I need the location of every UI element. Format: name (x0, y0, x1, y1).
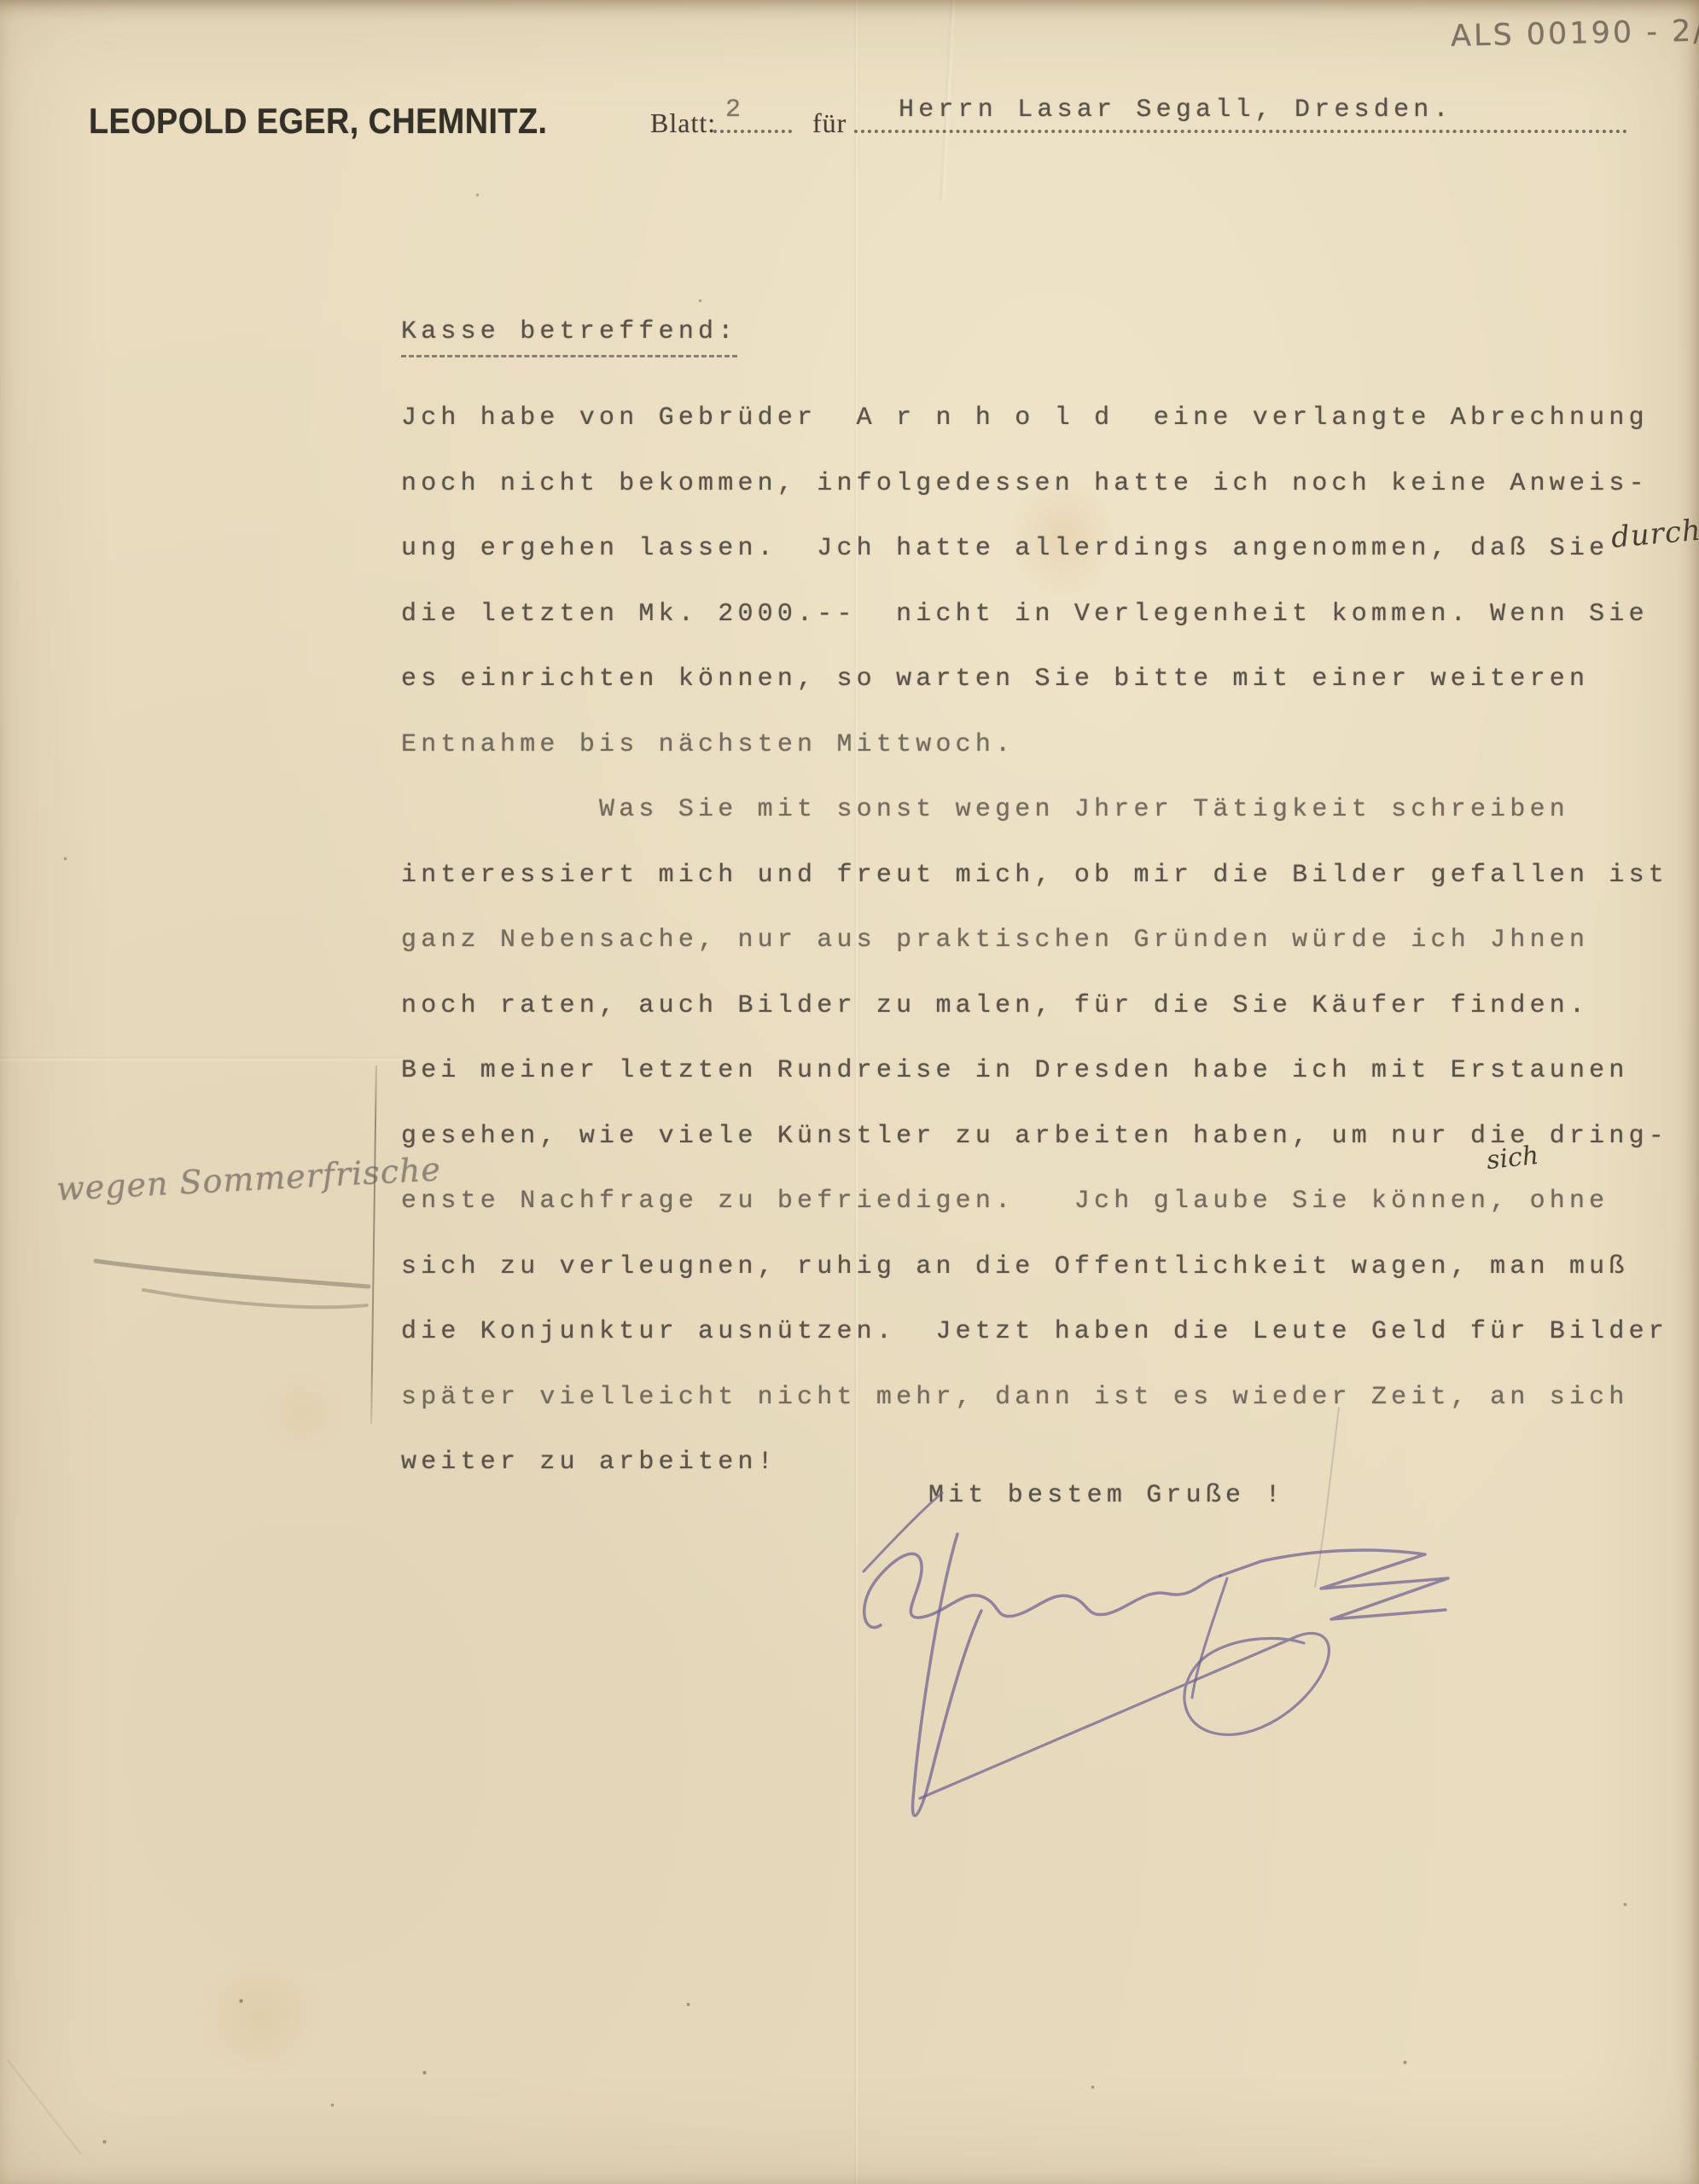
letter-page: ALS 00190 - 2/2 LEOPOLD EGER, CHEMNITZ. … (0, 0, 1699, 2184)
recipient-name: Herrn Lasar Segall, Dresden. (899, 96, 1453, 125)
letter-line: noch nicht bekommen, infolgedessen hatte… (401, 451, 1668, 517)
handwritten-insertion-sich: sich (1485, 1141, 1539, 1176)
letter-line: Jch habe von Gebrüder A r n h o l d eine… (401, 386, 1668, 451)
fold-crease-horizontal (0, 1056, 405, 1061)
letter-line: Entnahme bis nächsten Mittwoch. (401, 712, 1668, 778)
letter-line: Bei meiner letzten Rundreise in Dresden … (401, 1038, 1668, 1104)
letter-line: gesehen, wie viele Künstler zu arbeiten … (401, 1104, 1668, 1170)
letter-line: enste Nachfrage zu befriedigen. Jch glau… (401, 1169, 1668, 1234)
subject-heading: Kasse betreffend: (401, 317, 737, 357)
letter-line: ung ergehen lassen. Jch hatte allerdings… (401, 516, 1668, 582)
handwritten-insertion-durch: durch (1609, 513, 1699, 555)
corner-crease (6, 2059, 82, 2156)
paper-stain (196, 1954, 324, 2082)
blatt-label: Blatt: (650, 107, 716, 139)
margin-note: wegen Sommerfrische (55, 1153, 381, 1208)
letter-line: die letzten Mk. 2000.-- nicht in Verlege… (401, 582, 1668, 648)
closing-salutation: Mit bestem Gruße ! (928, 1481, 1285, 1510)
archive-code: ALS 00190 - 2/2 (1451, 15, 1682, 54)
letter-line: Was Sie mit sonst wegen Jhrer Tätigkeit … (401, 777, 1668, 843)
letter-line: noch raten, auch Bilder zu malen, für di… (401, 973, 1668, 1039)
letter-body: Jch habe von Gebrüder A r n h o l d eine… (401, 386, 1668, 1496)
paper-specks (0, 0, 1, 1)
fuer-label: für (812, 107, 847, 139)
dotted-line-short (713, 130, 792, 133)
dotted-line-recipient (854, 130, 1627, 133)
letter-line: sich zu verleugnen, ruhig an die Offentl… (401, 1234, 1668, 1300)
letterhead-sender: LEOPOLD EGER, CHEMNITZ. (89, 101, 547, 142)
letter-line: später vielleicht nicht mehr, dann ist e… (401, 1365, 1668, 1431)
letter-line: es einrichten können, so warten Sie bitt… (401, 647, 1668, 712)
paper-stain (256, 1365, 350, 1459)
letter-line: ganz Nebensache, nur aus praktischen Grü… (401, 908, 1668, 973)
blatt-value: 2 (725, 96, 744, 125)
letter-line: die Konjunktur ausnützen. Jetzt haben di… (401, 1299, 1668, 1365)
letter-line: interessiert mich und freut mich, ob mir… (401, 843, 1668, 909)
margin-pencil-rule (370, 1066, 377, 1424)
